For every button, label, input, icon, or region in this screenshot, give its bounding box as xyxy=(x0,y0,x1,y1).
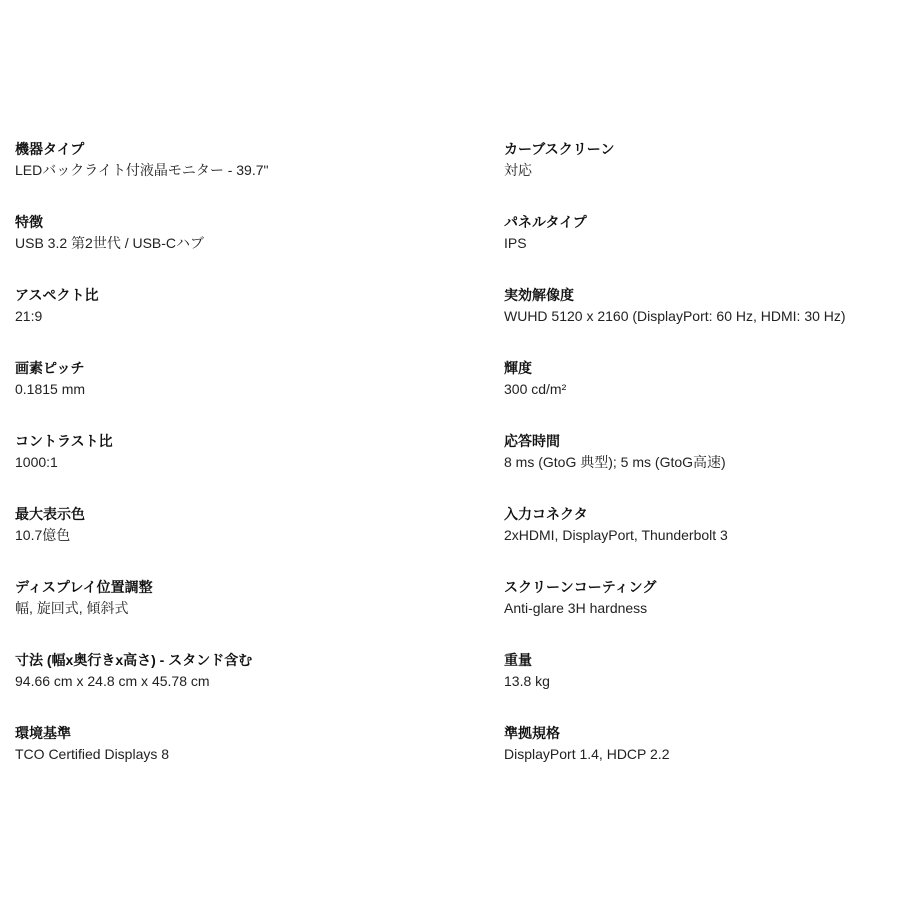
spec-label: 輝度 xyxy=(504,358,900,378)
spec-panel-type: パネルタイプ IPS xyxy=(504,212,900,285)
spec-value: 94.66 cm x 24.8 cm x 45.78 cm xyxy=(15,670,485,692)
spec-value: 21:9 xyxy=(15,305,485,327)
spec-label: 応答時間 xyxy=(504,431,900,451)
spec-value: 10.7億色 xyxy=(15,524,485,546)
spec-input-connectors: 入力コネクタ 2xHDMI, DisplayPort, Thunderbolt … xyxy=(504,504,900,577)
spec-max-colors: 最大表示色 10.7億色 xyxy=(15,504,485,577)
spec-label: 画素ピッチ xyxy=(15,358,485,378)
spec-response-time: 応答時間 8 ms (GtoG 典型); 5 ms (GtoG高速) xyxy=(504,431,900,504)
spec-value: USB 3.2 第2世代 / USB-Cハブ xyxy=(15,232,485,254)
spec-value: 13.8 kg xyxy=(504,670,900,692)
spec-compliant-standards: 準拠規格 DisplayPort 1.4, HDCP 2.2 xyxy=(504,723,900,796)
spec-value: 0.1815 mm xyxy=(15,378,485,400)
spec-value: WUHD 5120 x 2160 (DisplayPort: 60 Hz, HD… xyxy=(504,305,900,327)
spec-value: DisplayPort 1.4, HDCP 2.2 xyxy=(504,743,900,765)
spec-brightness: 輝度 300 cd/m² xyxy=(504,358,900,431)
spec-pixel-pitch: 画素ピッチ 0.1815 mm xyxy=(15,358,485,431)
spec-contrast-ratio: コントラスト比 1000:1 xyxy=(15,431,485,504)
spec-label: 準拠規格 xyxy=(504,723,900,743)
spec-value: IPS xyxy=(504,232,900,254)
spec-label: 最大表示色 xyxy=(15,504,485,524)
spec-label: 寸法 (幅x奥行きx高さ) - スタンド含む xyxy=(15,650,485,670)
spec-label: アスペクト比 xyxy=(15,285,485,305)
spec-label: 入力コネクタ xyxy=(504,504,900,524)
spec-weight: 重量 13.8 kg xyxy=(504,650,900,723)
spec-aspect-ratio: アスペクト比 21:9 xyxy=(15,285,485,358)
spec-value: 幅, 旋回式, 傾斜式 xyxy=(15,597,485,619)
spec-label: 重量 xyxy=(504,650,900,670)
spec-label: 環境基準 xyxy=(15,723,485,743)
spec-column-right: カーブスクリーン 対応 パネルタイプ IPS 実効解像度 WUHD 5120 x… xyxy=(504,139,900,796)
spec-device-type: 機器タイプ LEDバックライト付液晶モニター - 39.7" xyxy=(15,139,485,212)
spec-display-adjustment: ディスプレイ位置調整 幅, 旋回式, 傾斜式 xyxy=(15,577,485,650)
spec-environmental-standard: 環境基準 TCO Certified Displays 8 xyxy=(15,723,485,796)
spec-value: Anti-glare 3H hardness xyxy=(504,597,900,619)
spec-label: パネルタイプ xyxy=(504,212,900,232)
spec-label: コントラスト比 xyxy=(15,431,485,451)
spec-label: 特徴 xyxy=(15,212,485,232)
spec-label: スクリーンコーティング xyxy=(504,577,900,597)
spec-curved-screen: カーブスクリーン 対応 xyxy=(504,139,900,212)
spec-value: 対応 xyxy=(504,159,900,181)
spec-value: 2xHDMI, DisplayPort, Thunderbolt 3 xyxy=(504,524,900,546)
spec-value: LEDバックライト付液晶モニター - 39.7" xyxy=(15,159,485,181)
spec-label: 実効解像度 xyxy=(504,285,900,305)
spec-resolution: 実効解像度 WUHD 5120 x 2160 (DisplayPort: 60 … xyxy=(504,285,900,358)
spec-column-left: 機器タイプ LEDバックライト付液晶モニター - 39.7" 特徴 USB 3.… xyxy=(15,139,485,796)
spec-value: 1000:1 xyxy=(15,451,485,473)
spec-screen-coating: スクリーンコーティング Anti-glare 3H hardness xyxy=(504,577,900,650)
spec-value: TCO Certified Displays 8 xyxy=(15,743,485,765)
spec-dimensions: 寸法 (幅x奥行きx高さ) - スタンド含む 94.66 cm x 24.8 c… xyxy=(15,650,485,723)
spec-label: 機器タイプ xyxy=(15,139,485,159)
spec-features: 特徴 USB 3.2 第2世代 / USB-Cハブ xyxy=(15,212,485,285)
spec-label: ディスプレイ位置調整 xyxy=(15,577,485,597)
spec-label: カーブスクリーン xyxy=(504,139,900,159)
spec-value: 300 cd/m² xyxy=(504,378,900,400)
spec-value: 8 ms (GtoG 典型); 5 ms (GtoG高速) xyxy=(504,451,900,473)
